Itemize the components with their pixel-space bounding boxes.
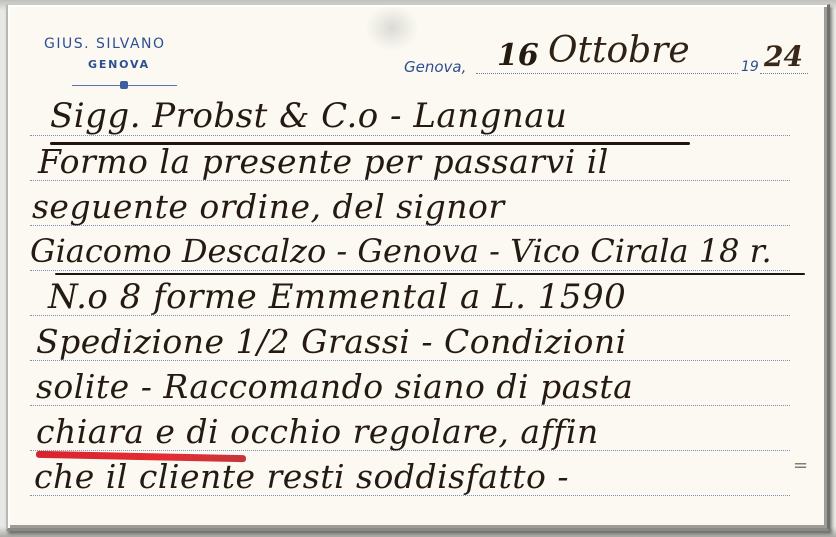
- paper-stain: [367, 6, 417, 50]
- letterhead-company: GIUS. SILVANO: [44, 36, 166, 52]
- dateline-year: 24: [764, 40, 803, 73]
- dateline-place: Genova,: [404, 58, 466, 76]
- addressee-line: Sigg. Probst & C.o - Langnau: [50, 96, 567, 136]
- body-line: Formo la presente per passarvi il: [38, 142, 609, 181]
- letterhead-ornament-icon: [120, 81, 128, 89]
- body-line: chiara e di occhio regolare, affin: [36, 412, 599, 451]
- order-line: N.o 8 forme Emmental a L. 1590: [48, 277, 626, 317]
- dateline-day: 16: [497, 38, 539, 73]
- body-line: che il cliente resti soddisfatto -: [34, 457, 569, 496]
- dateline-year-dotted-rule: [760, 73, 808, 74]
- customer-underline: [55, 273, 805, 275]
- dateline-dotted-rule: [476, 73, 738, 74]
- dateline-century: 19: [741, 59, 759, 75]
- letterhead-city: GENOVA: [88, 58, 150, 71]
- body-line: seguente ordine, del signor: [32, 187, 505, 226]
- dateline-month: Ottobre: [548, 30, 690, 71]
- body-line: solite - Raccomando siano di pasta: [36, 367, 633, 406]
- body-line: Spedizione 1/2 Grassi - Condizioni: [36, 322, 627, 361]
- ruled-line: [30, 270, 790, 271]
- customer-line: Giacomo Descalzo - Genova - Vico Cirala …: [30, 232, 772, 270]
- margin-mark: =: [793, 455, 808, 476]
